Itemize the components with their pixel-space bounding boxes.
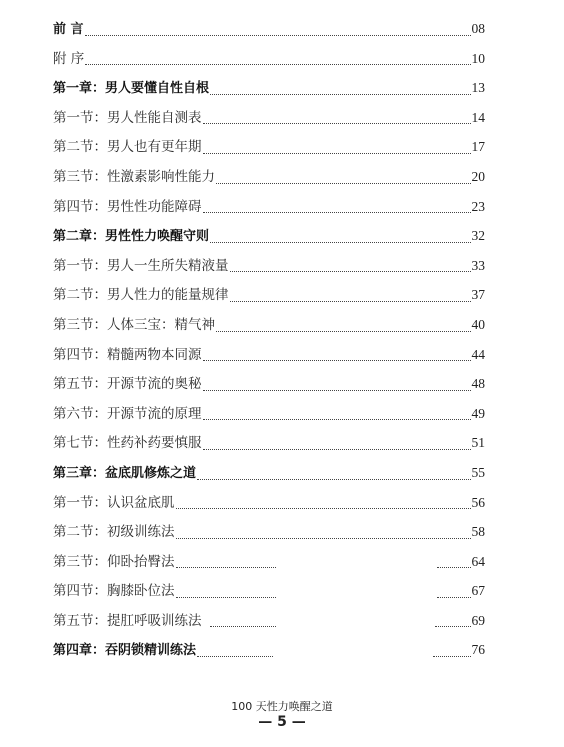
dot-leader xyxy=(210,625,276,627)
dot-leader xyxy=(176,507,471,509)
dot-leader xyxy=(437,596,471,598)
toc-entry-chapter-2[interactable]: 第二章：男性性力唤醒守则 32 xyxy=(53,221,485,251)
toc-entry-label: 附 序 xyxy=(53,45,84,75)
toc-entry-page: 23 xyxy=(472,192,486,222)
toc-entry-page: 13 xyxy=(472,73,486,103)
dot-leader xyxy=(203,448,471,450)
toc-entry-label: 第二节：初级训练法 xyxy=(53,518,175,548)
dot-leader xyxy=(176,566,276,568)
toc-entry-page: 58 xyxy=(472,517,486,547)
dot-leader xyxy=(230,270,471,272)
toc-entry-page: 40 xyxy=(472,310,486,340)
toc-entry-page: 17 xyxy=(472,132,486,162)
toc-entry-chapter-1[interactable]: 第一章：男人要懂自性自根 13 xyxy=(53,73,485,103)
toc-entry-section[interactable]: 第四节：男性性功能障碍 23 xyxy=(53,192,485,222)
toc-entry-label: 第七节：性药补药要慎服 xyxy=(53,429,202,459)
toc-entry-page: 51 xyxy=(472,428,486,458)
toc-entry-label: 第四节：精髓两物本同源 xyxy=(53,341,202,371)
dot-leader xyxy=(203,389,471,391)
toc-entry-page: 69 xyxy=(472,606,486,636)
toc-entry-preface[interactable]: 前 言 08 xyxy=(53,14,485,44)
dot-leader xyxy=(203,211,471,213)
toc-entry-section[interactable]: 第四节：胸膝卧位法 67 xyxy=(53,576,485,606)
toc-entry-label: 第二节：男人性力的能量规律 xyxy=(53,281,229,311)
toc-entry-section[interactable]: 第五节：开源节流的奥秘 48 xyxy=(53,369,485,399)
toc-entry-label: 第三章：盆底肌修炼之道 xyxy=(53,459,196,489)
book-title: 100 天性力唤醒之道 xyxy=(0,698,564,714)
toc-entry-page: 64 xyxy=(472,547,486,577)
table-of-contents: 前 言 08 附 序 10 第一章：男人要懂自性自根 13 第一节：男人性能自测… xyxy=(53,14,485,665)
toc-entry-label: 第三节：人体三宝：精气神 xyxy=(53,311,215,341)
toc-entry-label: 第二章：男性性力唤醒守则 xyxy=(53,222,209,252)
dot-leader xyxy=(435,625,471,627)
dot-leader xyxy=(203,152,471,154)
toc-entry-label: 第一节：认识盆底肌 xyxy=(53,489,175,519)
toc-entry-label: 第一节：男人性能自测表 xyxy=(53,104,202,134)
dot-leader xyxy=(437,566,471,568)
toc-entry-section[interactable]: 第一节：认识盆底肌 56 xyxy=(53,488,485,518)
toc-entry-section[interactable]: 第一节：男人一生所失精液量 33 xyxy=(53,251,485,281)
toc-entry-page: 76 xyxy=(472,635,486,665)
toc-entry-label: 第四节：胸膝卧位法 xyxy=(53,577,175,607)
dot-leader xyxy=(433,655,471,657)
page-number: — 5 — xyxy=(0,714,564,730)
toc-entry-chapter-4[interactable]: 第四章：吞阴锁精训练法 76 xyxy=(53,635,485,665)
dot-leader xyxy=(203,418,471,420)
dot-leader xyxy=(210,241,470,243)
toc-entry-label: 第三节：仰卧抬臀法 xyxy=(53,548,175,578)
toc-entry-section[interactable]: 第二节：男人也有更年期 17 xyxy=(53,132,485,162)
toc-entry-section[interactable]: 第六节：开源节流的原理 49 xyxy=(53,399,485,429)
toc-entry-label: 第四章：吞阴锁精训练法 xyxy=(53,636,196,666)
toc-entry-section[interactable]: 第五节：提肛呼吸训练法 69 xyxy=(53,606,485,636)
toc-entry-page: 48 xyxy=(472,369,486,399)
toc-entry-label: 第四节：男性性功能障碍 xyxy=(53,193,202,223)
toc-entry-page: 56 xyxy=(472,488,486,518)
toc-entry-page: 49 xyxy=(472,399,486,429)
toc-entry-page: 55 xyxy=(472,458,486,488)
dot-leader xyxy=(203,359,471,361)
toc-entry-page: 32 xyxy=(472,221,486,251)
toc-entry-label: 第三节：性激素影响性能力 xyxy=(53,163,215,193)
dot-leader xyxy=(203,122,471,124)
dot-leader xyxy=(230,300,471,302)
toc-entry-page: 10 xyxy=(472,44,486,74)
toc-entry-section[interactable]: 第三节：仰卧抬臀法 64 xyxy=(53,547,485,577)
dot-leader xyxy=(85,63,470,65)
toc-entry-label: 第六节：开源节流的原理 xyxy=(53,400,202,430)
toc-entry-section[interactable]: 第二节：男人性力的能量规律 37 xyxy=(53,280,485,310)
toc-entry-label: 第一节：男人一生所失精液量 xyxy=(53,252,229,282)
toc-entry-section[interactable]: 第一节：男人性能自测表 14 xyxy=(53,103,485,133)
dot-leader xyxy=(197,655,273,657)
toc-entry-label: 第二节：男人也有更年期 xyxy=(53,133,202,163)
toc-entry-page: 44 xyxy=(472,340,486,370)
toc-entry-section[interactable]: 第七节：性药补药要慎服 51 xyxy=(53,428,485,458)
dot-leader xyxy=(216,182,471,184)
toc-entry-section[interactable]: 第二节：初级训练法 58 xyxy=(53,517,485,547)
toc-entry-appendix-preface[interactable]: 附 序 10 xyxy=(53,44,485,74)
dot-leader xyxy=(85,34,471,36)
dot-leader xyxy=(176,537,471,539)
toc-entry-label: 前 言 xyxy=(53,15,84,45)
toc-entry-page: 14 xyxy=(472,103,486,133)
toc-entry-page: 67 xyxy=(472,576,486,606)
toc-entry-label: 第一章：男人要懂自性自根 xyxy=(53,74,209,104)
toc-entry-section[interactable]: 第三节：人体三宝：精气神 40 xyxy=(53,310,485,340)
toc-entry-label: 第五节：提肛呼吸训练法 xyxy=(53,607,202,637)
toc-entry-label: 第五节：开源节流的奥秘 xyxy=(53,370,202,400)
toc-entry-section[interactable]: 第四节：精髓两物本同源 44 xyxy=(53,340,485,370)
dot-leader xyxy=(176,596,276,598)
toc-entry-section[interactable]: 第三节：性激素影响性能力 20 xyxy=(53,162,485,192)
toc-entry-page: 33 xyxy=(472,251,486,281)
dot-leader xyxy=(210,93,470,95)
toc-entry-page: 20 xyxy=(472,162,486,192)
toc-entry-page: 37 xyxy=(472,280,486,310)
dot-leader xyxy=(197,478,470,480)
toc-entry-chapter-3[interactable]: 第三章：盆底肌修炼之道 55 xyxy=(53,458,485,488)
toc-entry-page: 08 xyxy=(472,14,486,44)
dot-leader xyxy=(216,330,471,332)
